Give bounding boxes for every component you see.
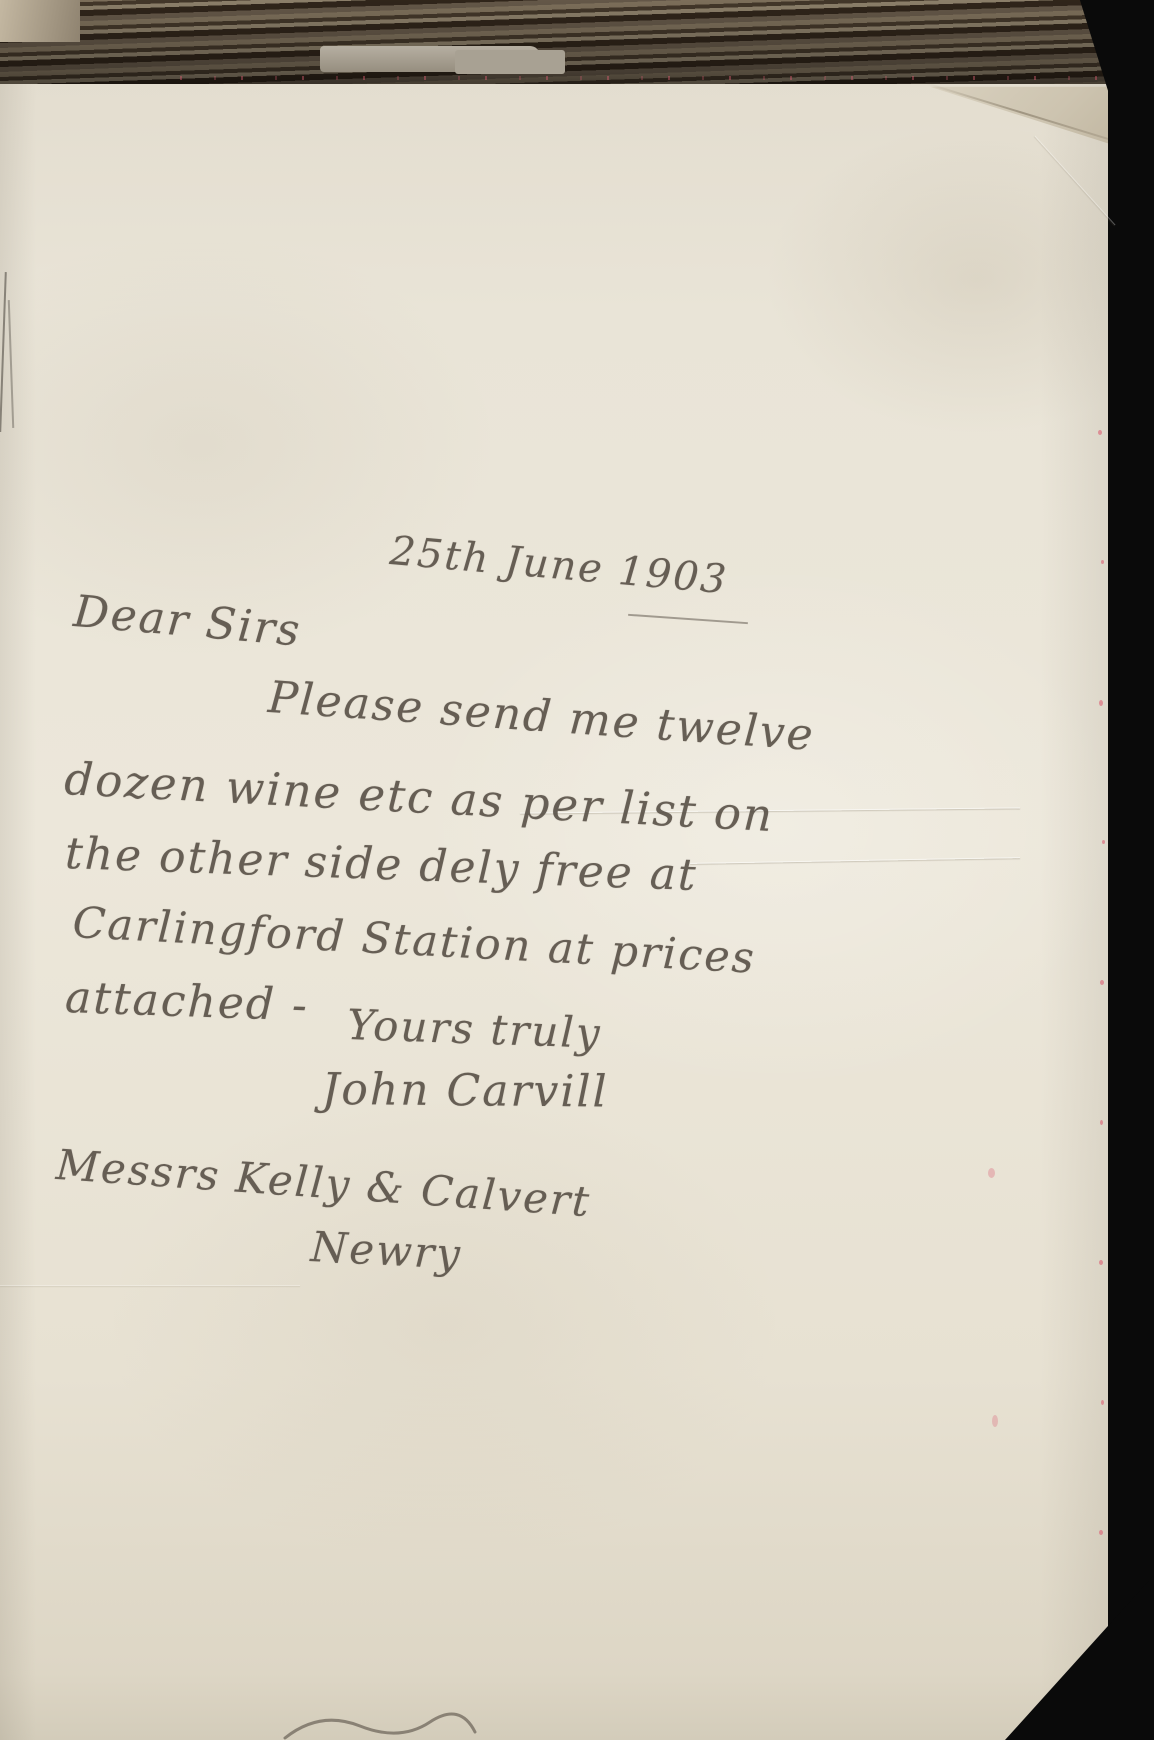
fore-edge-speckle [1099,1530,1103,1535]
fore-edge-pink-mark [992,1415,998,1427]
fore-edge-speckle [1102,840,1105,844]
next-page-writing-fragment [280,1708,480,1740]
fore-edge-pink-mark [988,1168,995,1178]
fore-edge-speckle [1099,700,1103,706]
paper-crease [0,1285,300,1286]
scan-background-right [1108,0,1154,1740]
addressee-city: Newry [309,1222,463,1279]
signature: John Carvill [322,1064,609,1118]
fore-edge-speckle [1099,1260,1103,1265]
fore-edge-speckle-row [180,76,1100,80]
fore-edge-speckle [1101,1400,1104,1405]
closing-line: Yours truly [346,1000,602,1058]
fore-edge-speckle [1101,560,1104,564]
fore-edge-speckle [1098,430,1102,435]
page-edge-highlight [0,0,80,42]
fore-edge-speckle [1100,1120,1103,1125]
fore-edge-speckle [1100,980,1104,985]
page-edge-slip [455,50,565,74]
scanned-letterbook-page: 25th June 1903 Dear Sirs Please send me … [0,0,1154,1740]
body-line: attached - [64,972,310,1031]
